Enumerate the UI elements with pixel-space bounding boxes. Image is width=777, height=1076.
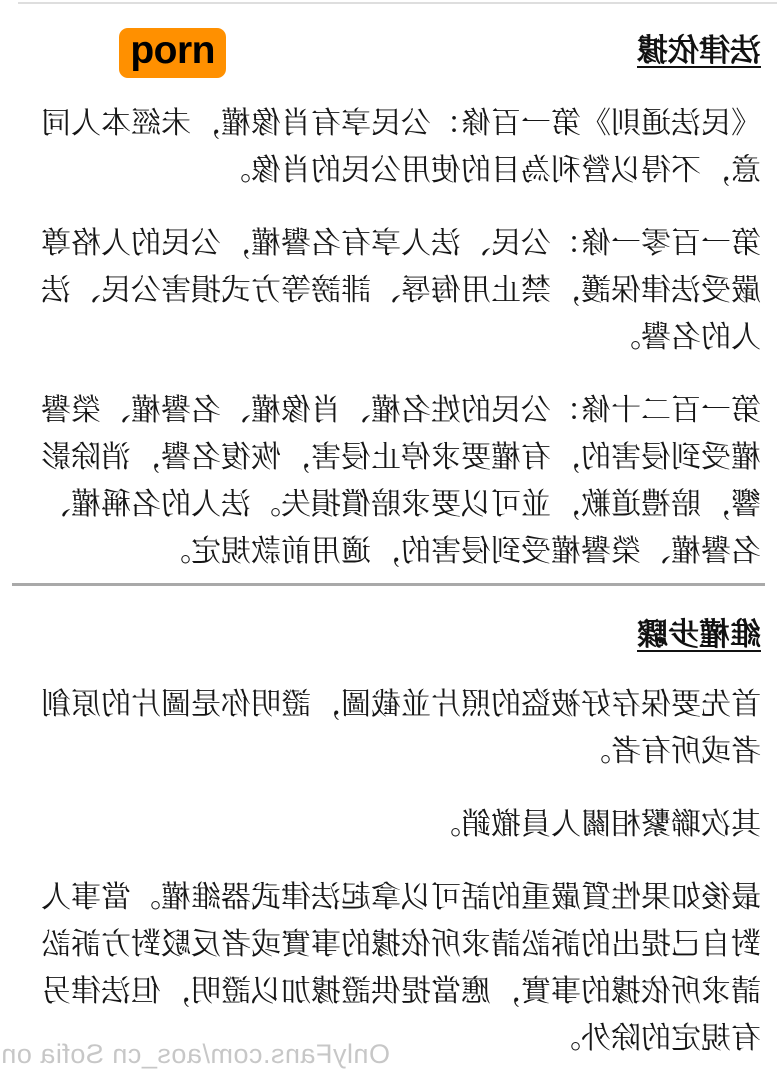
legal-paragraph-article-101: 第一百零一條：公民、法人享有名譽權，公民的人格尊嚴受法律保護，禁止用侮辱、誹謗等… [36,220,761,361]
rights-protection-steps-heading: 維權步驟 [637,616,777,655]
mirrored-document-page: 法律依據 porn 《民法通則》第一百條：公民享有肖像權，未經本人同意，不得以營… [0,0,777,1076]
step-paragraph-contact-takedown: 其次聯繫相關人員撤銷。 [36,801,761,848]
section-divider [12,583,765,586]
onlyfans-watermark-text: OnlyFans.com/aos_cn Sofia only [0,1039,390,1070]
pornhub-style-logo-badge: porn [119,28,226,78]
legal-paragraph-article-120: 第一百二十條：公民的姓名權、肖像權、名譽權、榮譽權受到侵害的，有權要求停止侵害，… [36,387,761,575]
legal-paragraph-article-100: 《民法通則》第一百條：公民享有肖像權，未經本人同意，不得以營利為目的使用公民的肖… [36,100,761,194]
mirrored-content-wrapper: 法律依據 porn 《民法通則》第一百條：公民享有肖像權，未經本人同意，不得以營… [0,0,777,1076]
step-paragraph-save-evidence: 首先要保存好被盜的照片並截圖，證明你是圖片的原創者或所有者。 [36,681,761,775]
step-paragraph-legal-action: 最後如果性質嚴重的話可以拿起法律武器維權。當事人對自己提出的訴訟請求所依據的事實… [36,874,761,1062]
document-header: 法律依據 porn [0,0,777,84]
pornhub-logo-text: porn [130,31,215,75]
legal-basis-heading: 法律依據 [637,0,777,71]
